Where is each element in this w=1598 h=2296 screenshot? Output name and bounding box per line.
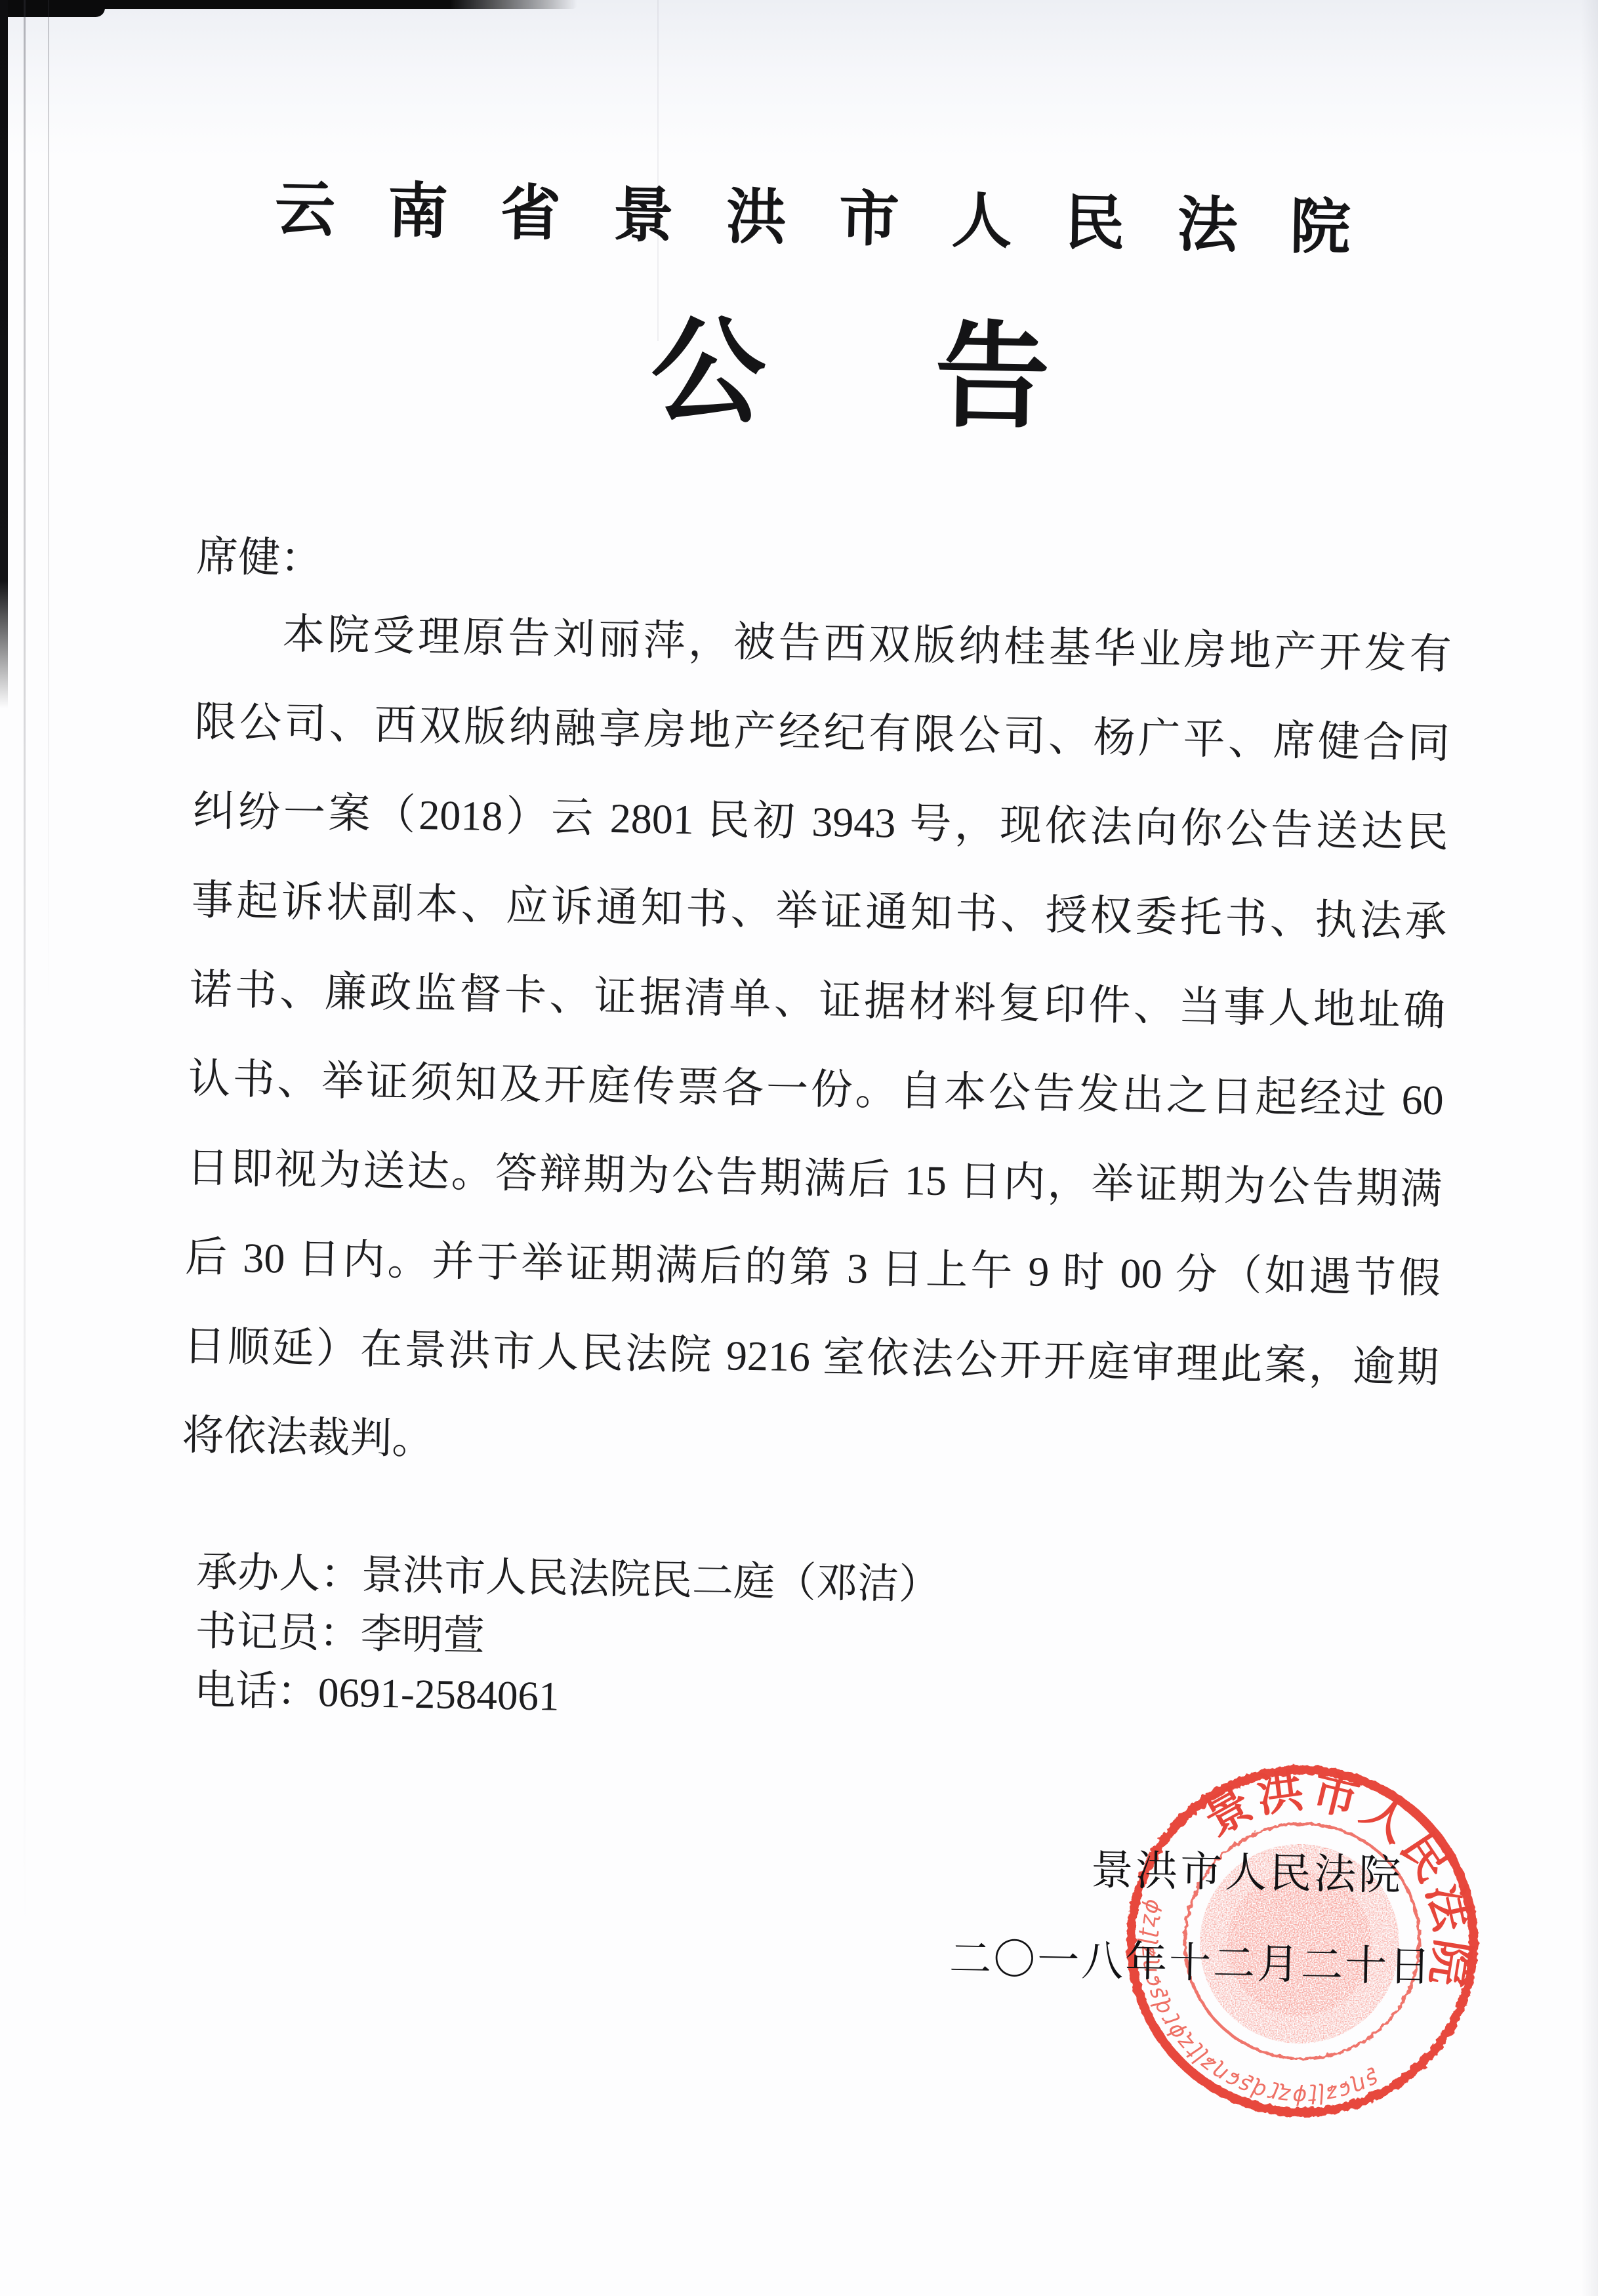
signature-date: 二〇一八年十二月二十日 <box>949 1929 1433 1997</box>
scan-streak-artifact <box>24 0 26 2033</box>
addressee-line: 席健： <box>196 531 323 585</box>
phone-line: 电话：0691-2584061 <box>194 1661 938 1733</box>
scan-top-gradient-artifact <box>0 0 1598 157</box>
scan-right-edge-shade-artifact <box>1581 0 1598 2296</box>
page-title-court-name: 云南省景洪市人民法院 <box>274 167 1404 272</box>
contact-block: 承办人：景洪市人民法院民二庭（邓洁） 书记员：李明萱 电话：0691-25840… <box>194 1542 941 1733</box>
scan-vertical-line-artifact <box>657 0 659 341</box>
notice-body: 本院受理原告刘丽萍，被告西双版纳桂基华业房地产开发有 限公司、西双版纳融享房地产… <box>181 588 1452 1502</box>
scanned-court-notice-page: 云南省景洪市人民法院 公告 席健： 本院受理原告刘丽萍，被告西双版纳桂基华业房地… <box>0 0 1598 2296</box>
notice-title: 公告 <box>649 303 1220 451</box>
scan-left-black-edge-artifact <box>0 0 8 708</box>
scan-top-left-blob-artifact <box>0 0 105 17</box>
signature-court-name: 景洪市人民法院 <box>1090 1841 1403 1905</box>
scan-streak-artifact <box>48 0 49 1115</box>
